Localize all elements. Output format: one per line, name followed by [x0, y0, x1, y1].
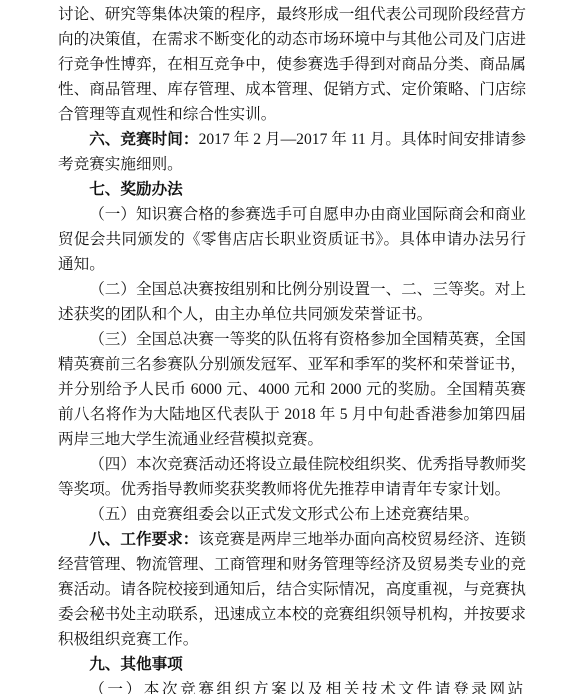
paragraph-text: （四）本次竞赛活动还将设立最佳院校组织奖、优秀指导教师奖等奖项。优秀指导教师奖获… — [58, 456, 526, 498]
paragraph-text: 讨论、研究等集体决策的程序，最终形成一组代表公司现阶段经营方向的决策值，在需求不… — [58, 6, 526, 123]
paragraph-text: （三）全国总决赛一等奖的队伍将有资格参加全国精英赛，全国精英赛前三名参赛队分别颁… — [58, 331, 526, 448]
document-page: 讨论、研究等集体决策的程序，最终形成一组代表公司现阶段经营方向的决策值，在需求不… — [0, 0, 586, 694]
section-heading: 六、竞赛时间： — [89, 131, 198, 148]
paragraph-text: （五）由竞赛组委会以正式发文形式公布上述竞赛结果。 — [89, 506, 479, 523]
section-9-other-matters-heading: 九、其他事项 — [58, 652, 526, 677]
section-heading: 七、奖励办法 — [89, 181, 183, 198]
paragraph-award-item-1: （一）知识赛合格的参赛选手可自愿申办由商业国际商会和商业贸促会共同颁发的《零售店… — [58, 202, 526, 277]
paragraph-text: （一）知识赛合格的参赛选手可自愿申办由商业国际商会和商业贸促会共同颁发的《零售店… — [58, 206, 526, 273]
section-8-work-requirements: 八、工作要求：该竞赛是两岸三地举办面向高校贸易经济、连锁经营管理、物流管理、工商… — [58, 527, 526, 652]
section-heading: 八、工作要求： — [89, 531, 198, 548]
paragraph-award-item-5: （五）由竞赛组委会以正式发文形式公布上述竞赛结果。 — [58, 502, 526, 527]
section-7-award-methods-heading: 七、奖励办法 — [58, 177, 526, 202]
paragraph-text: 该竞赛是两岸三地举办面向高校贸易经济、连锁经营管理、物流管理、工商管理和财务管理… — [58, 531, 526, 648]
paragraph-award-item-4: （四）本次竞赛活动还将设立最佳院校组织奖、优秀指导教师奖等奖项。优秀指导教师奖获… — [58, 452, 526, 502]
paragraph-award-item-2: （二）全国总决赛按组别和比例分别设置一、二、三等奖。对上述获奖的团队和个人，由主… — [58, 277, 526, 327]
paragraph-text: （一）本次竞赛组织方案以及相关技术文件请登录网站 — [89, 681, 526, 694]
paragraph-text: （二）全国总决赛按组别和比例分别设置一、二、三等奖。对上述获奖的团队和个人，由主… — [58, 281, 526, 323]
paragraph-other-item-1: （一）本次竞赛组织方案以及相关技术文件请登录网站 — [58, 677, 526, 694]
paragraph-continued: 讨论、研究等集体决策的程序，最终形成一组代表公司现阶段经营方向的决策值，在需求不… — [58, 2, 526, 127]
section-6-competition-time: 六、竞赛时间：2017 年 2 月—2017 年 11 月。具体时间安排请参考竞… — [58, 127, 526, 177]
section-heading: 九、其他事项 — [89, 656, 183, 673]
paragraph-award-item-3: （三）全国总决赛一等奖的队伍将有资格参加全国精英赛，全国精英赛前三名参赛队分别颁… — [58, 327, 526, 452]
